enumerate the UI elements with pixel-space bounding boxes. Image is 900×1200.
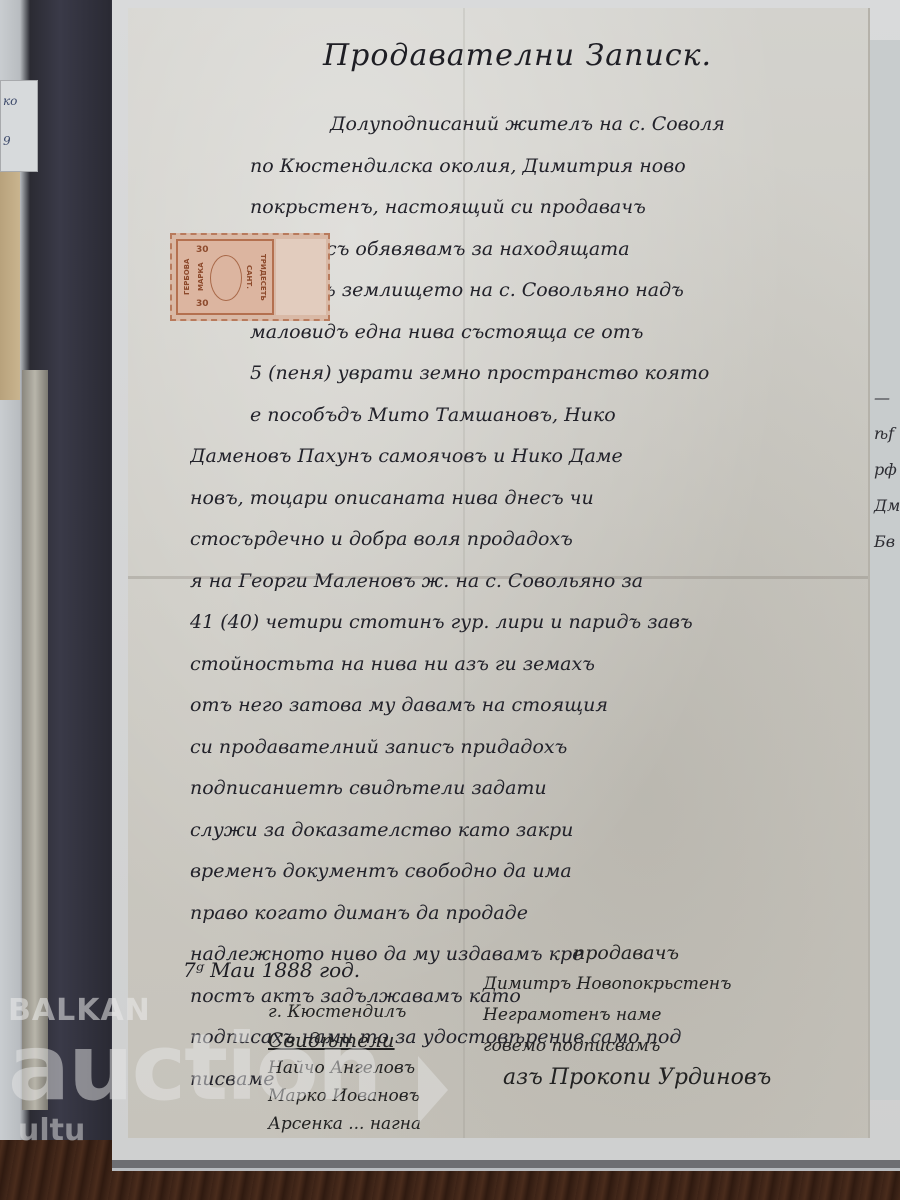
signature-line: Найчо Ангеловъ: [168, 1054, 458, 1082]
signature-line: говемо подписвамъ: [483, 1031, 863, 1062]
witness-signatures: г. Кюстендилъ Свидѣтели Найчо Ангеловъ М…: [168, 998, 458, 1138]
body-line: я на Георги Маленовъ ж. на с. Совольяно …: [190, 561, 860, 603]
signature-line: Неграмотенъ наме: [483, 1000, 863, 1031]
body-line: Долуподписаний жителъ на с. Соволя: [250, 104, 860, 146]
body-line: Даменовъ Пахунъ самоячовъ и Нико Даме: [190, 436, 860, 478]
scrap-text-line: ко: [1, 81, 37, 121]
body-line: 5 (пеня) уврати земно пространство която: [250, 353, 860, 395]
signature-line: Марко Иовановъ: [168, 1082, 458, 1110]
body-line: ми се въ землището на с. Совольяно надъ: [250, 270, 860, 312]
document-date: 7ᵍ Маи 1888 год.: [183, 958, 360, 982]
stamp-blank-tab: [276, 239, 326, 315]
stamp-label-left: ГЕРБОВА МАРКА: [180, 245, 194, 309]
seller-label: продавачъ: [483, 938, 863, 969]
stamp-value: 30: [196, 299, 209, 309]
body-line: служи за доказателство като закри: [190, 810, 860, 852]
body-line: стосърдечно и добра воля продадохъ: [190, 519, 860, 561]
body-line: новъ, тоцари описаната нива днесъ чи: [190, 478, 860, 520]
body-line: на записъ обявявамъ за находящата: [250, 229, 860, 271]
signature-line: г. Кюстендилъ: [168, 998, 458, 1026]
stamp-coat-of-arms-icon: [210, 255, 242, 301]
body-line: 41 (40) четири стотинъ гур. лири и парид…: [190, 602, 860, 644]
binder-rod: [22, 370, 48, 1110]
stamp-printed-area: ГЕРБОВА МАРКА 30 30 ТРИДЕСЕТЬ САНТ.: [176, 239, 274, 315]
body-line: по Кюстендилска околия, Димитрия ново: [250, 146, 860, 188]
body-line: маловидъ една нива състояща се отъ: [250, 312, 860, 354]
revenue-stamp: ГЕРБОВА МАРКА 30 30 ТРИДЕСЕТЬ САНТ.: [170, 233, 330, 321]
stamp-value: 30: [196, 245, 209, 255]
body-line: стойностьта на нива ни азъ ги земахъ: [190, 644, 860, 686]
body-line: си продавателний записъ придадохъ: [190, 727, 860, 769]
document-title: Продавателни Записк.: [323, 38, 712, 73]
signature-line: Арсенка ... нагна: [168, 1110, 458, 1138]
body-line: е пособъдъ Мито Тамшановъ, Нико: [250, 395, 860, 437]
witnesses-heading: Свидѣтели: [168, 1026, 458, 1054]
body-line: временъ документъ свободно да има: [190, 851, 860, 893]
left-paper-scrap: ко 9: [0, 80, 38, 172]
body-line: подписаниетѣ свидѣтели задати: [190, 768, 860, 810]
scrap-text-line: 9: [1, 121, 37, 161]
left-card-edge: [0, 150, 20, 400]
body-line: право когато диманъ да продаде: [190, 893, 860, 935]
sale-deed-document: Продавателни Записк. Долуподписаний жите…: [128, 8, 870, 1138]
signature-line: азъ Прокопи Урдиновъ: [483, 1062, 863, 1093]
body-line: покрьстенъ, настоящий си продавачъ: [250, 187, 860, 229]
seller-signatures: продавачъ Димитръ Новопокрьстенъ Неграмо…: [483, 938, 863, 1093]
signature-line: Димитръ Новопокрьстенъ: [483, 969, 863, 1000]
stamp-label-right: ТРИДЕСЕТЬ САНТ.: [256, 245, 270, 309]
body-line: отъ него затова му давамъ на стоящия: [190, 685, 860, 727]
